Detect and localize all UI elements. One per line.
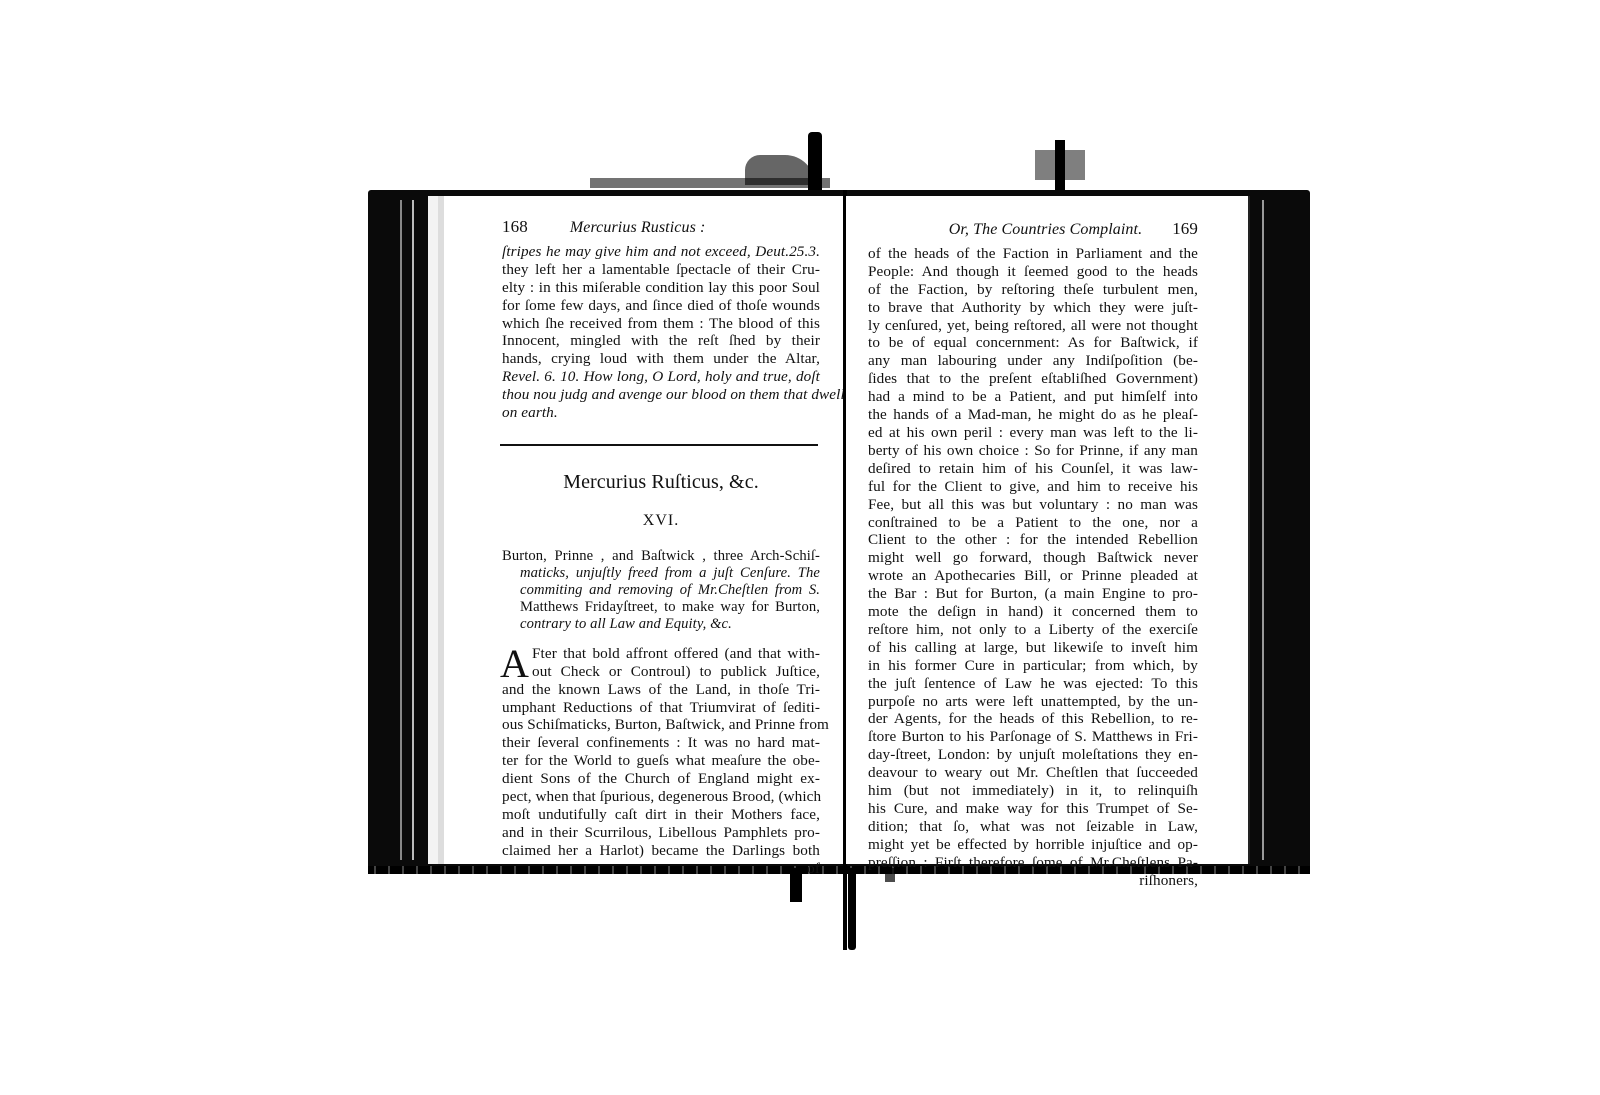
ribbon-bookmark xyxy=(848,868,856,950)
text-line: ly cenſured, yet, being reſtored, all we… xyxy=(868,317,1198,335)
text-line: umphant Reductions of that Triumvirat of… xyxy=(502,699,820,717)
text-line: ous Schiſmaticks, Burton, Baſtwick, and … xyxy=(502,716,820,734)
text-line: day-ſtreet, London: by unjuſt moleſtatio… xyxy=(868,746,1198,764)
text-line: any man labouring under any Indiſpoſitio… xyxy=(868,352,1198,370)
text-line: the hands of a Mad-man, he might do as h… xyxy=(868,406,1198,424)
binding-tab-bottom-left xyxy=(790,868,802,902)
section-summary: Burton, Prinne , and Baſtwick , three Ar… xyxy=(502,548,820,633)
text-line: elty : in this miſerable condition lay t… xyxy=(502,279,820,297)
text-line: claimed her a Harlot) became the Darling… xyxy=(502,842,820,860)
text-line: of the heads of the Faction in Parliamen… xyxy=(868,245,1198,263)
text-line: der Agents, for the heads of this Rebell… xyxy=(868,710,1198,728)
text-line: preſſion : Firſt therefore ſome of Mr.Ch… xyxy=(868,854,1198,872)
text-line: Matthews Fridayſtreet, to make way for B… xyxy=(502,599,820,616)
text-line: Burton, Prinne , and Baſtwick , three Ar… xyxy=(502,548,820,565)
right-page-content: Or, The Countries Complaint. 169 of the … xyxy=(868,226,1198,890)
text-line: commiting and removing of Mr.Cheſtlen fr… xyxy=(502,582,820,599)
text-line: Client to the other : for the intended R… xyxy=(868,531,1198,549)
text-line: conſtrained to be a Patient to the one, … xyxy=(868,514,1198,532)
text-line: ed at his own peril : every man was left… xyxy=(868,424,1198,442)
text-line: ſides that to the preſent eſtabliſhed Go… xyxy=(868,370,1198,388)
text-line: contrary to all Law and Equity, &c. xyxy=(502,616,820,633)
text-line: in his former Cure in particular; from w… xyxy=(868,657,1198,675)
section-divider-rule xyxy=(500,444,818,446)
drop-cap: A xyxy=(500,647,529,681)
text-line: dition; that ſo, what was not ſeizable i… xyxy=(868,818,1198,836)
text-line: might yet be effected by horrible injuſt… xyxy=(868,836,1198,854)
running-head-left: 168 Mercurius Rusticus : xyxy=(502,218,820,237)
running-title: Or, The Countries Complaint. xyxy=(949,221,1143,239)
text-line: Innocent, mingled with the reſt ſhed by … xyxy=(502,332,820,350)
text-line: riſhoners, xyxy=(868,872,1198,890)
text-line: ful for the Client to give, and him to r… xyxy=(868,478,1198,496)
left-page-content: 168 Mercurius Rusticus : ſtripes he may … xyxy=(502,218,820,878)
page-number: 168 xyxy=(502,218,528,236)
text-line: of xyxy=(502,860,820,878)
top-edge-shadow xyxy=(1035,150,1085,180)
text-line: his Cure, and make way for this Trumpet … xyxy=(868,800,1198,818)
left-page: 168 Mercurius Rusticus : ſtripes he may … xyxy=(428,196,846,864)
text-line: Revel. 6. 10. How long, O Lord, holy and… xyxy=(502,368,820,386)
text-line: hands, crying loud with them under the A… xyxy=(502,350,820,368)
text-line: Fee, but all this was but voluntary : no… xyxy=(868,496,1198,514)
running-head-right: Or, The Countries Complaint. 169 xyxy=(868,220,1198,239)
text-line: for ſome few days, and ſince died of tho… xyxy=(502,297,820,315)
text-line: to brave that Authority by which they we… xyxy=(868,299,1198,317)
section-number: XVI. xyxy=(502,512,820,530)
right-page: Or, The Countries Complaint. 169 of the … xyxy=(846,196,1250,864)
running-title: Mercurius Rusticus : xyxy=(570,219,706,237)
scanned-book-spread: 168 Mercurius Rusticus : ſtripes he may … xyxy=(0,0,1600,1095)
text-line: ſtripes he may give him and not exceed, … xyxy=(502,243,820,261)
text-line: pect, when that ſpurious, degenerous Bro… xyxy=(502,788,820,806)
binding-tab-bottom-right xyxy=(885,868,895,882)
text-line: him (but not immediately) in it, to reli… xyxy=(868,782,1198,800)
text-line: which ſhe received from them : The blood… xyxy=(502,315,820,333)
text-line: ſtore Burton to his Parſonage of S. Matt… xyxy=(868,728,1198,746)
text-line: Fter that bold affront offered (and that… xyxy=(502,645,820,663)
text-line: they left her a lamentable ſpectacle of … xyxy=(502,261,820,279)
text-line: their ſeveral confinements : It was no h… xyxy=(502,734,820,752)
text-line: had a mind to be a Patient, and put himſ… xyxy=(868,388,1198,406)
text-line: wrote an Apothecaries Bill, or Prinne pl… xyxy=(868,567,1198,585)
text-line: People: And though it ſeemed good to the… xyxy=(868,263,1198,281)
text-line: out Check or Controul) to publick Juſtic… xyxy=(502,663,820,681)
text-line: of his calling at large, but likewiſe to… xyxy=(868,639,1198,657)
body-text: of the heads of the Faction in Parliamen… xyxy=(868,245,1198,890)
text-line: maticks, unjuſtly freed from a juſt Cenſ… xyxy=(502,565,820,582)
page-edge-stripe xyxy=(400,200,402,860)
binding-tab-top-left xyxy=(808,132,822,190)
page-number: 169 xyxy=(1172,220,1198,238)
text-line: and the known Laws of the Land, in thoſe… xyxy=(502,681,820,699)
text-line: mote the deſign in hand) it concerned th… xyxy=(868,603,1198,621)
text-line: the juſt ſentence of Law he was ejected:… xyxy=(868,675,1198,693)
text-line: deſired to retain him of his Counſel, it… xyxy=(868,460,1198,478)
body-text: A Fter that bold affront offered (and th… xyxy=(502,645,820,878)
text-line: thou nou judg and avenge our blood on th… xyxy=(502,386,820,404)
text-line: on earth. xyxy=(502,404,820,422)
text-line: moſt undutifully caſt dirt in their Moth… xyxy=(502,806,820,824)
text-line: dient Sons of the Church of England migh… xyxy=(502,770,820,788)
text-line: purpoſe no arts were left unattempted, b… xyxy=(868,693,1198,711)
section-title: Mercurius Ruſticus, &c. xyxy=(502,474,820,492)
page-edge-stripe xyxy=(412,200,414,860)
text-line: the Bar : But for Burton, (a main Engine… xyxy=(868,585,1198,603)
text-line: might well go forward, though Baſtwick n… xyxy=(868,549,1198,567)
text-line: to be of equal concernment: As for Baſtw… xyxy=(868,334,1198,352)
text-line: reſtore him, not only to a Liberty of th… xyxy=(868,621,1198,639)
text-line: and in their Scurrilous, Libellous Pamph… xyxy=(502,824,820,842)
text-line: deavour to weary out Mr. Cheſtlen that ſ… xyxy=(868,764,1198,782)
text-line: berty of his own choice : So for Prinne,… xyxy=(868,442,1198,460)
text-line: ter for the World to gueſs what meaſure … xyxy=(502,752,820,770)
text-line: of the Faction, by reſtoring theſe turbu… xyxy=(868,281,1198,299)
continuation-text: ſtripes he may give him and not exceed, … xyxy=(502,243,820,422)
top-edge-shadow xyxy=(745,155,815,185)
page-edge-stripe xyxy=(1262,200,1264,860)
